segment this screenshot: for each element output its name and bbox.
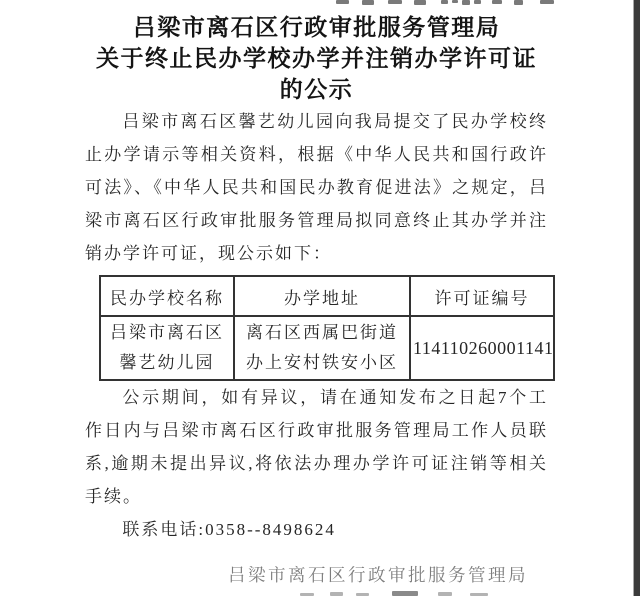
right-edge-strip: [633, 0, 640, 596]
announcement-document: 吕梁市离石区行政审批服务管理局 关于终止民办学校办学并注销办学许可证的公示 吕梁…: [0, 0, 640, 596]
table-header-row: 民办学校名称 办学地址 许可证编号: [100, 276, 554, 316]
header-license-number: 许可证编号: [410, 276, 554, 316]
document-title: 吕梁市离石区行政审批服务管理局 关于终止民办学校办学并注销办学许可证的公示: [85, 12, 548, 105]
cell-school-address: 离石区西属巴街道办上安村铁安小区: [234, 316, 410, 380]
cell-license-number: 114110260001141: [410, 316, 554, 380]
header-school-name: 民办学校名称: [100, 276, 234, 316]
signature-authority: 吕梁市离石区行政审批服务管理局: [85, 562, 528, 587]
paragraph-objection: 公示期间，如有异议，请在通知发布之日起7个工作日内与吕梁市离石区行政审批服务管理…: [85, 381, 548, 513]
table-row: 吕梁市离石区馨艺幼儿园 离石区西属巴街道办上安村铁安小区 11411026000…: [100, 316, 554, 380]
cell-school-name: 吕梁市离石区馨艺幼儿园: [100, 316, 234, 380]
clipped-text-top: [0, 0, 640, 8]
document-content: 吕梁市离石区行政审批服务管理局 关于终止民办学校办学并注销办学许可证的公示 吕梁…: [0, 12, 640, 587]
clipped-date-bottom: [0, 589, 640, 596]
school-license-table: 民办学校名称 办学地址 许可证编号 吕梁市离石区馨艺幼儿园 离石区西属巴街道办上…: [99, 275, 555, 381]
header-school-address: 办学地址: [234, 276, 410, 316]
title-line-subject: 关于终止民办学校办学并注销办学许可证的公示: [85, 43, 548, 105]
paragraph-intro: 吕梁市离石区馨艺幼儿园向我局提交了民办学校终止办学请示等相关资料，根据《中华人民…: [85, 105, 548, 270]
contact-phone: 联系电话:0358--8498624: [85, 513, 548, 546]
title-line-authority: 吕梁市离石区行政审批服务管理局: [85, 12, 548, 43]
